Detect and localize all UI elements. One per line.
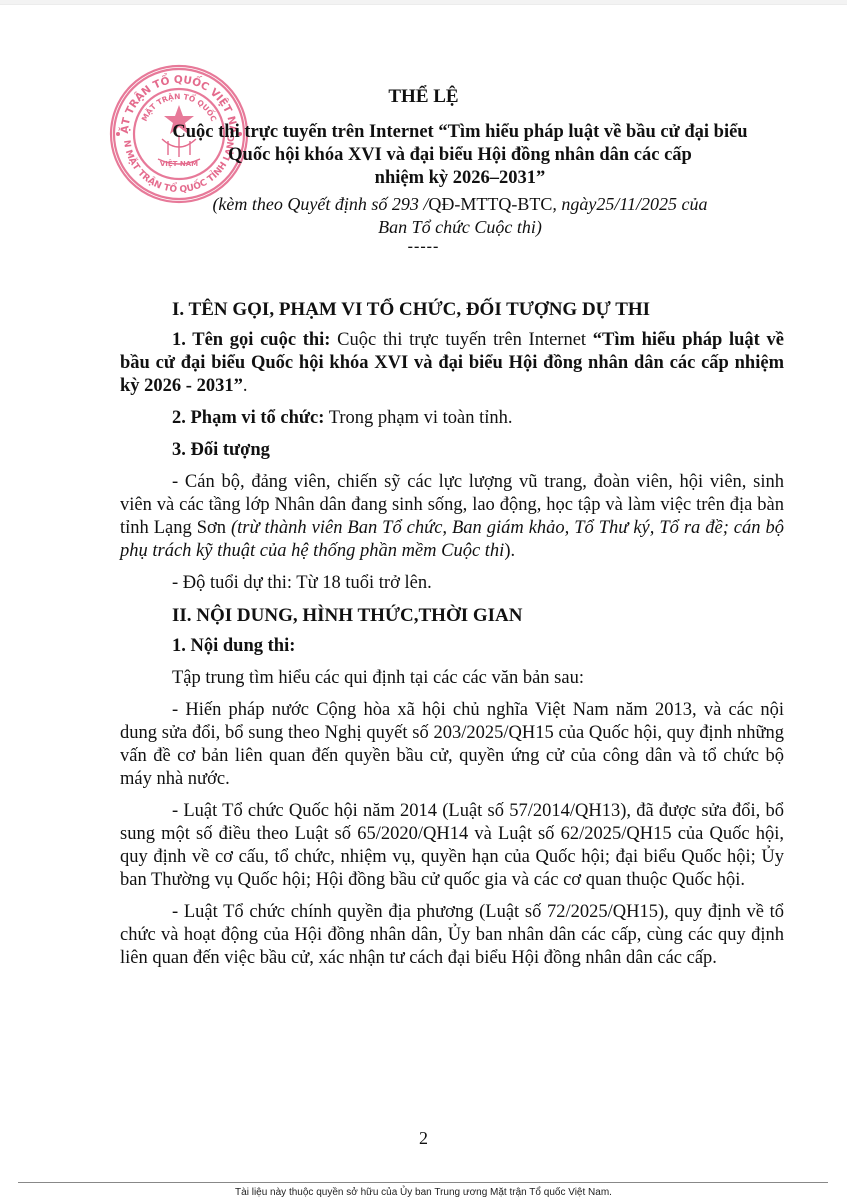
- decision-date: , ngày25/11/2025 của: [552, 194, 707, 214]
- list-item-local-government-law: - Luật Tổ chức chính quyền địa phương (L…: [120, 901, 784, 970]
- document-body: I. TÊN GỌI, PHẠM VI TỔ CHỨC, ĐỐI TƯỢNG D…: [120, 298, 784, 979]
- decision-prefix: (kèm theo Quyết định số 293 /: [212, 194, 428, 214]
- section-heading-2: II. NỘI DUNG, HÌNH THỨC,THỜI GIAN: [120, 604, 784, 627]
- document-title: THỂ LỆ: [0, 86, 847, 108]
- text: Cuộc thi trực tuyến trên Internet: [330, 330, 592, 350]
- page-number: 2: [0, 1128, 847, 1149]
- label: 2. Phạm vi tổ chức:: [172, 408, 324, 428]
- footer-divider: [18, 1182, 828, 1183]
- list-item-national-assembly-law: - Luật Tổ chức Quốc hội năm 2014 (Luật s…: [120, 800, 784, 892]
- text: ).: [504, 541, 515, 561]
- contest-name-line: Quốc hội khóa XVI và đại biểu Hội đồng n…: [150, 144, 770, 167]
- label: 1. Tên gọi cuộc thi:: [172, 330, 330, 350]
- paragraph-content-intro: Tập trung tìm hiểu các qui định tại các …: [120, 667, 784, 690]
- paragraph-scope: 2. Phạm vi tổ chức: Trong phạm vi toàn t…: [120, 407, 784, 430]
- contest-name-line: nhiệm kỳ 2026–2031”: [150, 167, 770, 190]
- decision-reference: (kèm theo Quyết định số 293 /QĐ-MTTQ-BTC…: [150, 193, 770, 239]
- decision-issuer: Ban Tổ chức Cuộc thi): [378, 217, 542, 237]
- section-heading-1: I. TÊN GỌI, PHẠM VI TỔ CHỨC, ĐỐI TƯỢNG D…: [120, 298, 784, 321]
- text: Trong phạm vi toàn tỉnh.: [324, 408, 512, 428]
- subheading-content: 1. Nội dung thi:: [120, 635, 784, 658]
- contest-name: Cuộc thi trực tuyến trên Internet “Tìm h…: [150, 121, 770, 190]
- paragraph-contest-name: 1. Tên gọi cuộc thi: Cuộc thi trực tuyến…: [120, 329, 784, 398]
- paragraph-age: - Độ tuổi dự thi: Từ 18 tuổi trở lên.: [120, 572, 784, 595]
- contest-name-line: Cuộc thi trực tuyến trên Internet “Tìm h…: [150, 121, 770, 144]
- list-item-constitution: - Hiến pháp nước Cộng hòa xã hội chủ ngh…: [120, 699, 784, 791]
- paragraph-participants: - Cán bộ, đảng viên, chiến sỹ các lực lư…: [120, 471, 784, 563]
- decision-code: QĐ-MTTQ-BTC: [428, 194, 552, 214]
- text: .: [243, 376, 248, 396]
- copyright-footer: Tài liệu này thuộc quyền sở hữu của Ủy b…: [0, 1187, 847, 1198]
- document-page: MẶT TRẬN TỔ QUỐC VIỆT NAM ỦY BAN MẶT TRẬ…: [0, 0, 847, 1200]
- subheading-participants: 3. Đối tượng: [120, 439, 784, 462]
- separator: -----: [0, 238, 847, 256]
